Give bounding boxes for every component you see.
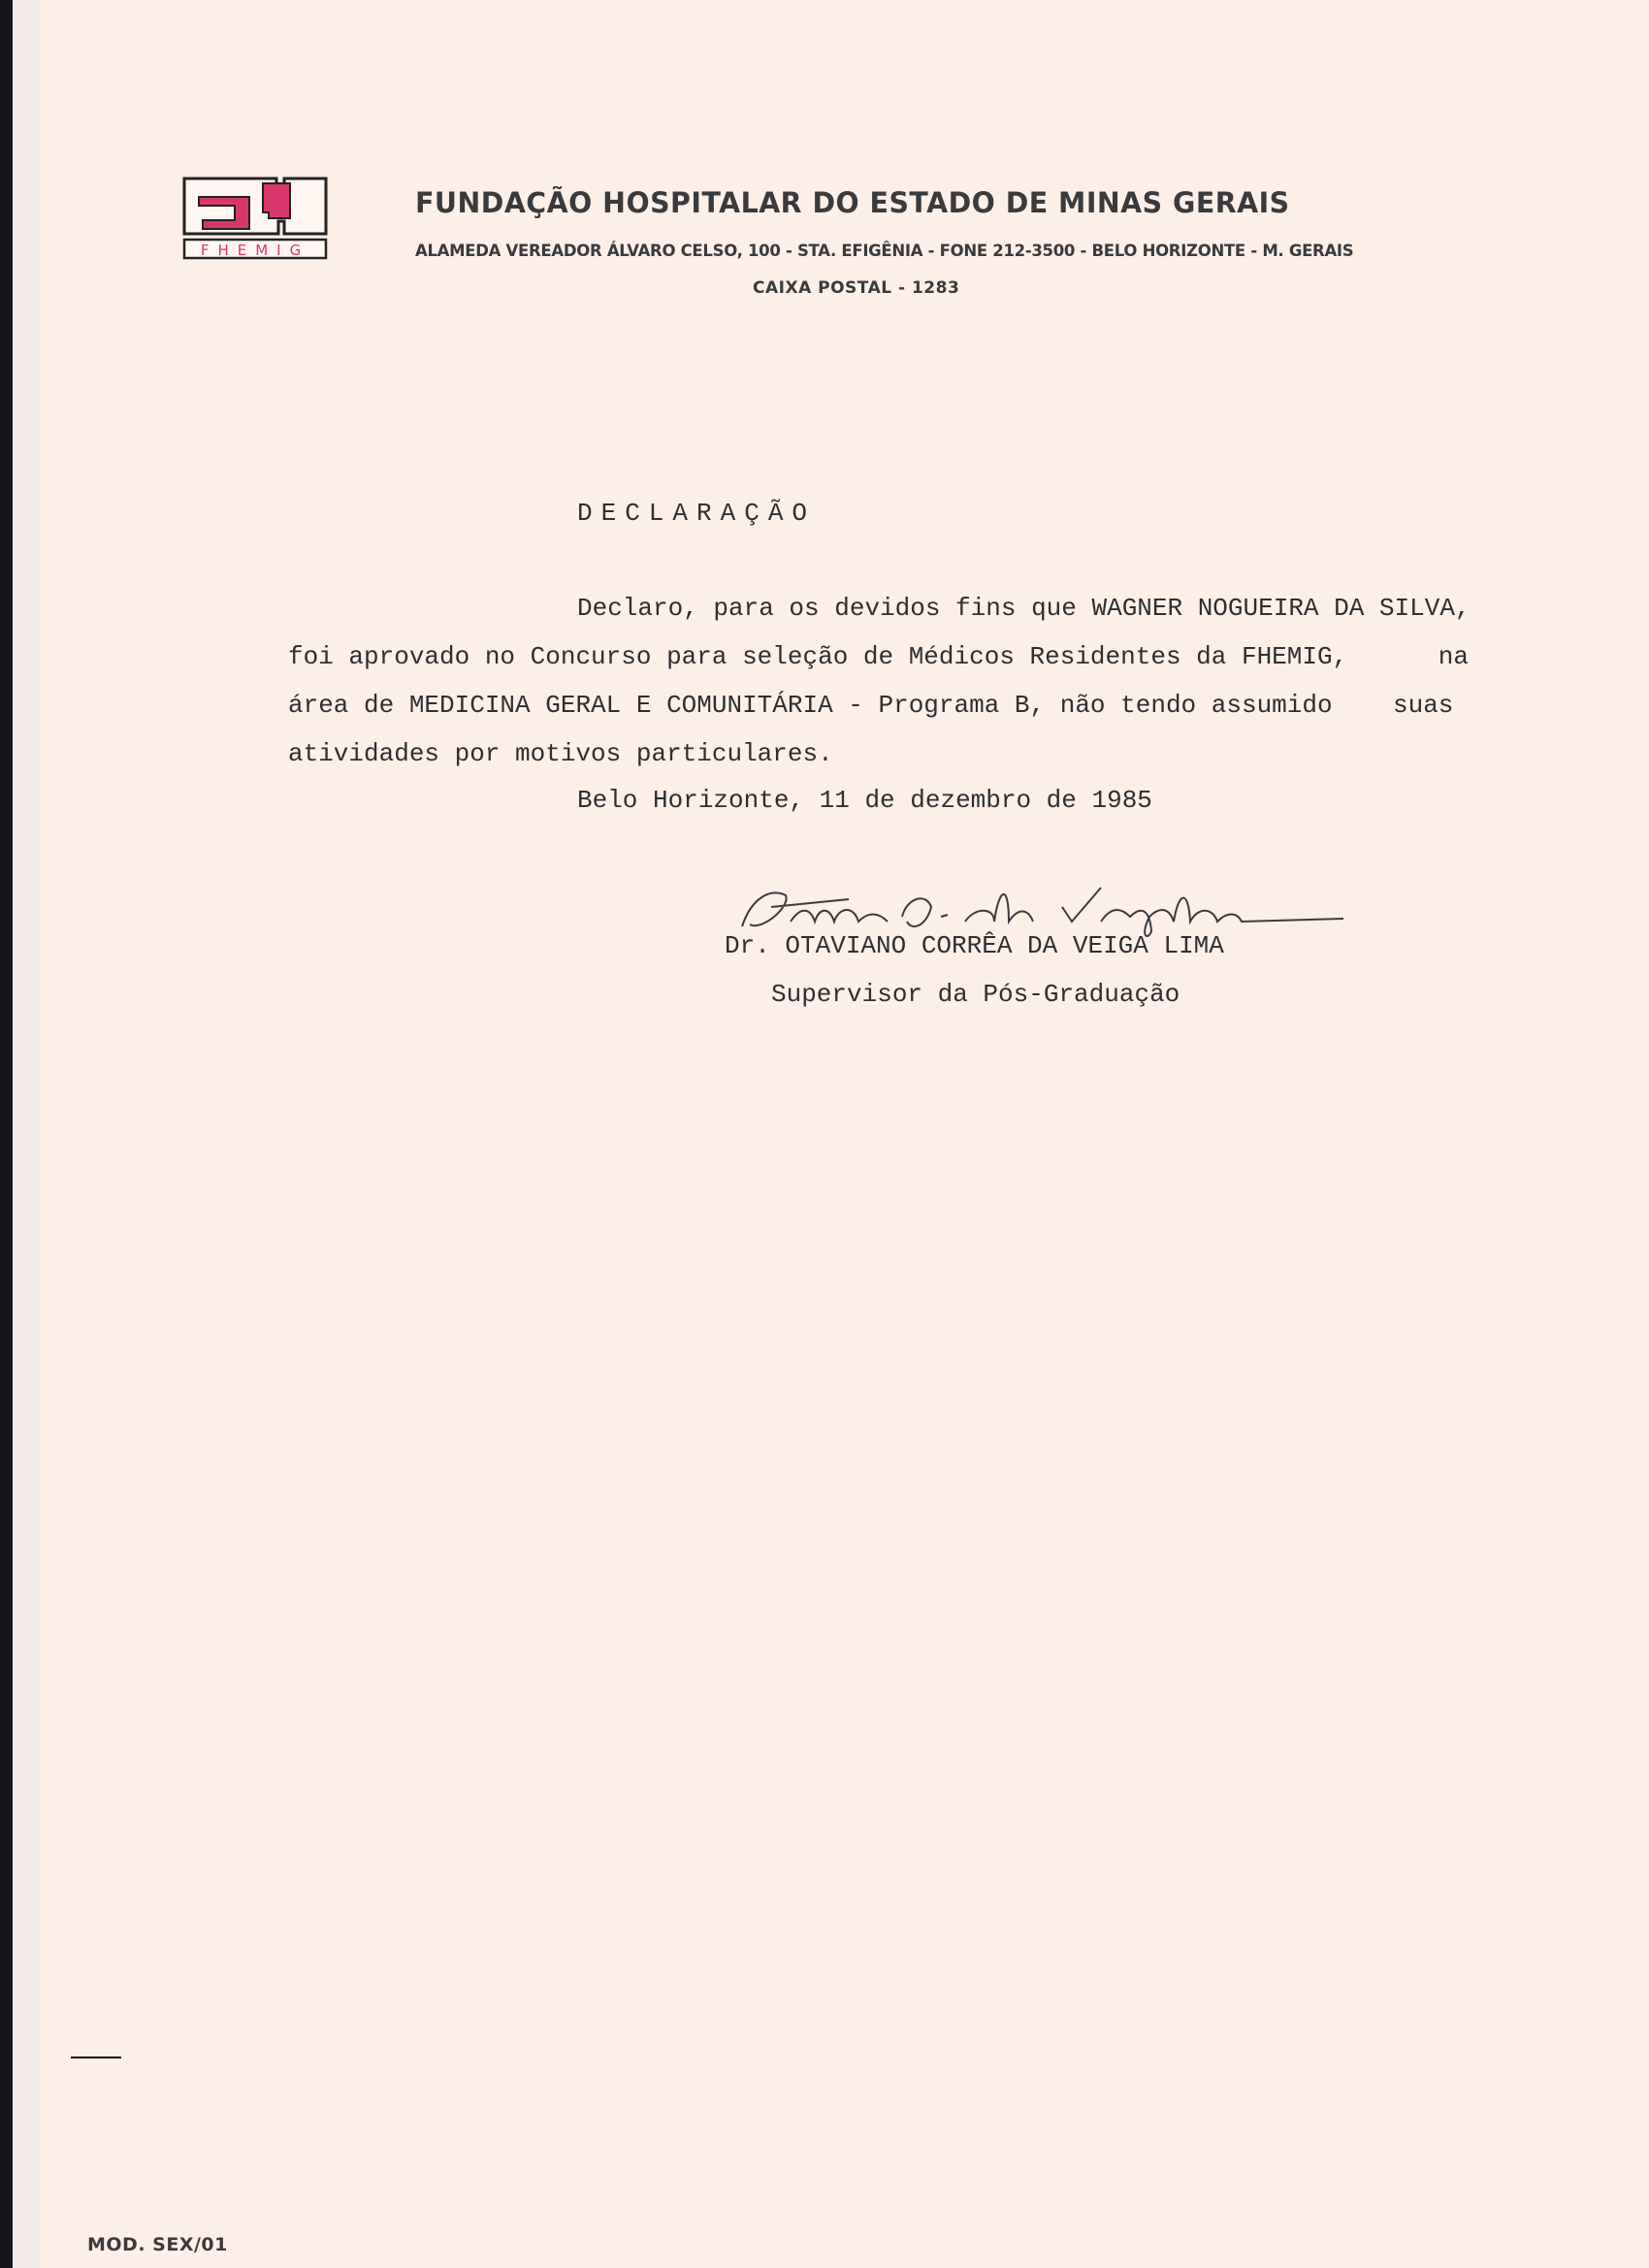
form-code: MOD. SEX/01: [87, 2234, 228, 2255]
body-line: área de MEDICINA GERAL E COMUNITÁRIA - P…: [288, 691, 1453, 720]
place-date: Belo Horizonte, 11 de dezembro de 1985: [577, 786, 1152, 815]
organization-name: FUNDAÇÃO HOSPITALAR DO ESTADO DE MINAS G…: [415, 186, 1328, 219]
body-line: Declaro, para os devidos fins que WAGNER…: [577, 594, 1471, 623]
document-page: [40, 0, 1649, 2268]
organization-address: ALAMEDA VEREADOR ÁLVARO CELSO, 100 - STA…: [415, 242, 1353, 260]
document-title: DECLARAÇÃO: [577, 499, 816, 528]
fhemig-logo: FHEMIG: [181, 176, 329, 261]
po-box: CAIXA POSTAL - 1283: [753, 278, 959, 298]
scan-edge-light: [13, 0, 40, 2268]
body-line: foi aprovado no Concurso para seleção de…: [288, 642, 1469, 671]
svg-text:FHEMIG: FHEMIG: [201, 242, 309, 259]
signer-role: Supervisor da Pós-Graduação: [771, 980, 1180, 1009]
body-line: atividades por motivos particulares.: [288, 739, 833, 768]
scan-edge-dark: [0, 0, 13, 2268]
signer-name: Dr. OTAVIANO CORRÊA DA VEIGA LIMA: [725, 931, 1224, 960]
fold-mark: [71, 2057, 121, 2058]
